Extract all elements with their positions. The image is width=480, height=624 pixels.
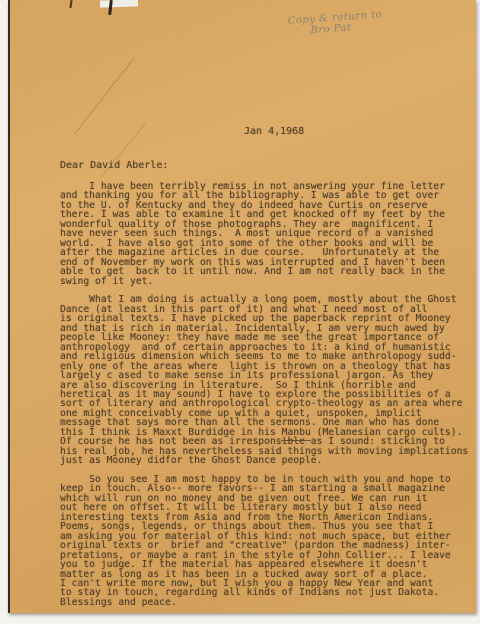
letter-paragraph-2: What I am doing is actually a long poem,… xyxy=(60,295,475,465)
letter-paragraph-1: I have been terribly remiss in not answe… xyxy=(60,182,475,286)
paper-crease xyxy=(74,58,134,134)
staple-mark xyxy=(108,0,113,15)
paper-notch xyxy=(100,0,138,8)
letter-body: I have been terribly remiss in not answe… xyxy=(60,182,475,617)
scan-margin-left xyxy=(0,0,8,624)
letter-salutation: Dear David Aberle: xyxy=(60,160,168,171)
letter-date: Jan 4,1968 xyxy=(244,126,304,137)
scan-background: Copy & return to Bro Pat Jan 4,1968 Dear… xyxy=(0,0,480,624)
paper-speck xyxy=(69,0,72,8)
letter-paragraph-3: So you see I am most happy to be in touc… xyxy=(60,475,475,607)
manbu-underline xyxy=(281,440,311,441)
